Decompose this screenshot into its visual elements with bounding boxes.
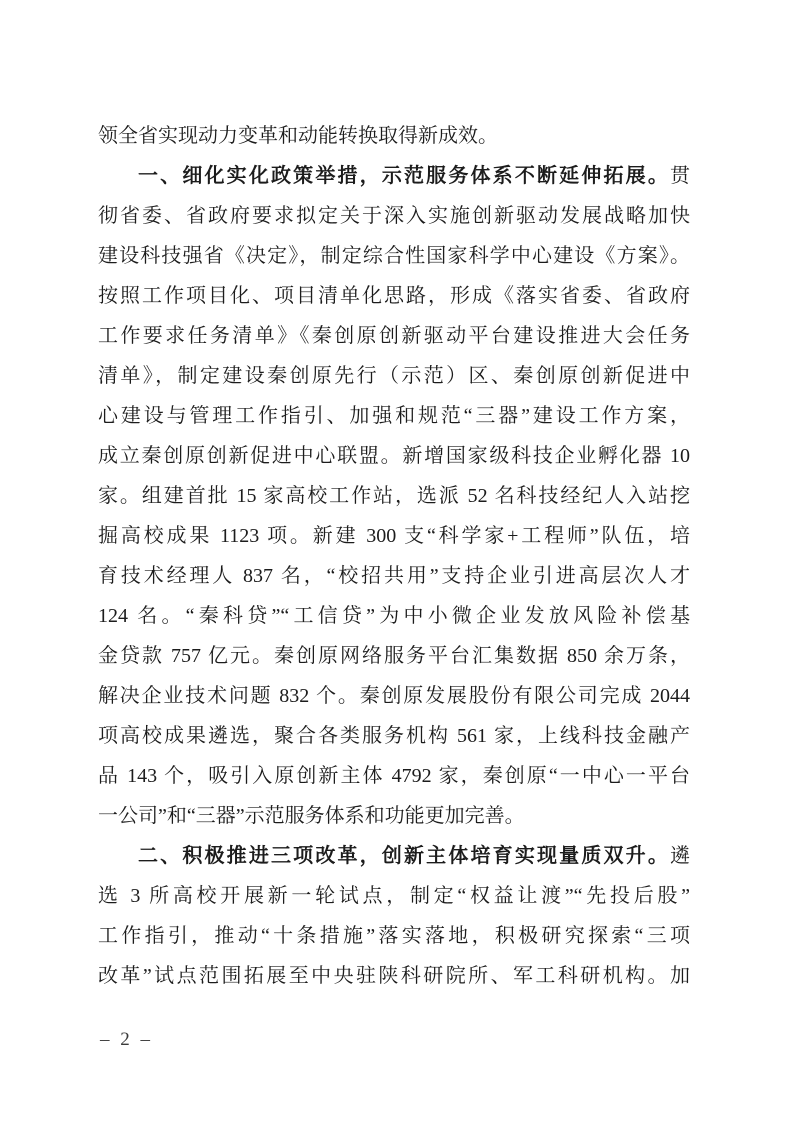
body-text: 领全省实现动力变革和动能转换取得新成效。 xyxy=(98,125,498,147)
document-line: 工作指引，推动“十条措施”落实落地，积极研究探索“三项 xyxy=(98,916,690,956)
body-text: 贯 xyxy=(670,165,690,187)
body-text: 家。组建首批 15 家高校工作站，选派 52 名科技经纪人入站挖 xyxy=(98,485,690,507)
document-line: 清单》，制定建设秦创原先行（示范）区、秦创原创新促进中 xyxy=(98,356,690,396)
body-text: 工作要求任务清单》《秦创原创新驱动平台建设推进大会任务 xyxy=(98,325,690,347)
body-text: 心建设与管理工作指引、加强和规范“三器”建设工作方案， xyxy=(98,405,690,427)
body-text: 按照工作项目化、项目清单化思路，形成《落实省委、省政府 xyxy=(98,285,690,307)
body-text: 成立秦创原创新促进中心联盟。新增国家级科技企业孵化器 10 xyxy=(98,445,690,467)
body-text: 育技术经理人 837 名，“校招共用”支持企业引进高层次人才 xyxy=(98,565,690,587)
document-line: 品 143 个，吸引入原创新主体 4792 家，秦创原“一中心一平台 xyxy=(98,756,690,796)
body-text: 建设科技强省《决定》，制定综合性国家科学中心建设《方案》。 xyxy=(98,245,690,267)
document-line: 家。组建首批 15 家高校工作站，选派 52 名科技经纪人入站挖 xyxy=(98,476,690,516)
document-line: 项高校成果遴选，聚合各类服务机构 561 家，上线科技金融产 xyxy=(98,716,690,756)
section-heading-text: 二、积极推进三项改革，创新主体培育实现量质双升。 xyxy=(138,845,670,867)
body-text: 清单》，制定建设秦创原先行（示范）区、秦创原创新促进中 xyxy=(98,365,690,387)
document-line: 领全省实现动力变革和动能转换取得新成效。 xyxy=(98,116,690,156)
document-line: 金贷款 757 亿元。秦创原网络服务平台汇集数据 850 余万条， xyxy=(98,636,690,676)
document-line: 掘高校成果 1123 项。新建 300 支“科学家+工程师”队伍，培 xyxy=(98,516,690,556)
body-text: 改革”试点范围拓展至中央驻陕科研院所、军工科研机构。加 xyxy=(98,965,690,987)
document-line: 工作要求任务清单》《秦创原创新驱动平台建设推进大会任务 xyxy=(98,316,690,356)
document-line: 彻省委、省政府要求拟定关于深入实施创新驱动发展战略加快 xyxy=(98,196,690,236)
document-line: 一、细化实化政策举措，示范服务体系不断延伸拓展。贯 xyxy=(98,156,690,196)
body-text: 一公司”和“三器”示范服务体系和功能更加完善。 xyxy=(98,805,525,827)
body-text: 项高校成果遴选，聚合各类服务机构 561 家，上线科技金融产 xyxy=(98,725,690,747)
document-line: 一公司”和“三器”示范服务体系和功能更加完善。 xyxy=(98,796,690,836)
body-text: 品 143 个，吸引入原创新主体 4792 家，秦创原“一中心一平台 xyxy=(98,765,690,787)
body-text: 彻省委、省政府要求拟定关于深入实施创新驱动发展战略加快 xyxy=(98,205,690,227)
document-page: 领全省实现动力变革和动能转换取得新成效。一、细化实化政策举措，示范服务体系不断延… xyxy=(0,0,794,1123)
document-line: 建设科技强省《决定》，制定综合性国家科学中心建设《方案》。 xyxy=(98,236,690,276)
document-line: 二、积极推进三项改革，创新主体培育实现量质双升。遴 xyxy=(98,836,690,876)
document-body: 领全省实现动力变革和动能转换取得新成效。一、细化实化政策举措，示范服务体系不断延… xyxy=(98,116,690,996)
body-text: 工作指引，推动“十条措施”落实落地，积极研究探索“三项 xyxy=(98,925,690,947)
body-text: 金贷款 757 亿元。秦创原网络服务平台汇集数据 850 余万条， xyxy=(98,645,690,667)
body-text: 124 名。“秦科贷”“工信贷”为中小微企业发放风险补偿基 xyxy=(98,605,690,627)
page-number: – 2 – xyxy=(100,1028,153,1052)
document-line: 育技术经理人 837 名，“校招共用”支持企业引进高层次人才 xyxy=(98,556,690,596)
document-line: 124 名。“秦科贷”“工信贷”为中小微企业发放风险补偿基 xyxy=(98,596,690,636)
document-line: 按照工作项目化、项目清单化思路，形成《落实省委、省政府 xyxy=(98,276,690,316)
document-line: 改革”试点范围拓展至中央驻陕科研院所、军工科研机构。加 xyxy=(98,956,690,996)
body-text: 解决企业技术问题 832 个。秦创原发展股份有限公司完成 2044 xyxy=(98,685,690,707)
document-line: 选 3 所高校开展新一轮试点，制定“权益让渡”“先投后股” xyxy=(98,876,690,916)
body-text: 掘高校成果 1123 项。新建 300 支“科学家+工程师”队伍，培 xyxy=(98,525,690,547)
document-line: 解决企业技术问题 832 个。秦创原发展股份有限公司完成 2044 xyxy=(98,676,690,716)
body-text: 选 3 所高校开展新一轮试点，制定“权益让渡”“先投后股” xyxy=(98,885,690,907)
section-heading-text: 一、细化实化政策举措，示范服务体系不断延伸拓展。 xyxy=(138,165,670,187)
body-text: 遴 xyxy=(670,845,690,867)
document-line: 心建设与管理工作指引、加强和规范“三器”建设工作方案， xyxy=(98,396,690,436)
document-line: 成立秦创原创新促进中心联盟。新增国家级科技企业孵化器 10 xyxy=(98,436,690,476)
